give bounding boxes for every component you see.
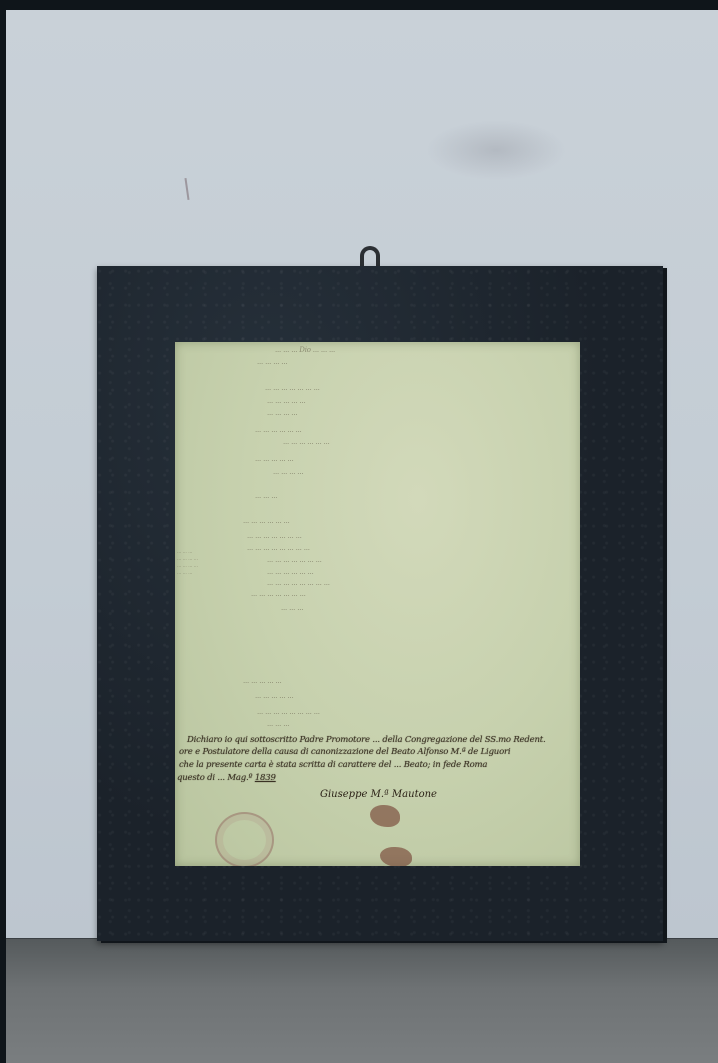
manuscript-line: ... ... ... ... ... (267, 397, 305, 405)
attestation-line-1: Dichiaro io qui sottoscritto Padre Promo… (187, 735, 545, 745)
manuscript-line: ... ... ... ... (257, 358, 287, 366)
manuscript-line: ... ... ... (255, 492, 277, 500)
attestation-date: questo di ... Mag.º 1839 (177, 773, 276, 783)
manuscript-line: ... ... ... ... (267, 409, 297, 417)
manuscript-line: ... ... ... (281, 604, 303, 612)
manuscript-line: ... ... ... ... ... ... ... (267, 556, 322, 564)
manuscript-line: ... ... ... ... ... (243, 677, 281, 685)
attestation-year: 1839 (255, 773, 276, 783)
wall-mark (184, 178, 189, 200)
floor-surface (6, 938, 718, 1063)
manuscript-line: ... ... ... ... ... ... ... (265, 384, 320, 392)
manuscript-line: ... ... ... ... ... ... ... ... (267, 579, 330, 587)
wax-seal-stamp (215, 812, 274, 866)
margin-note: ... ... ... ... ... ... ... ... ... ... … (177, 549, 249, 577)
manuscript-line: ... ... ... ... ... ... (283, 438, 330, 446)
manuscript-line: ... ... ... ... ... ... (255, 426, 302, 434)
ink-stain (380, 847, 412, 866)
manuscript-line: ... ... ... ... ... ... (267, 568, 314, 576)
manuscript-line: ... ... ... ... ... ... ... (251, 590, 306, 598)
ink-stain (370, 805, 400, 827)
margin-note-line: ... ... ... ... (177, 556, 249, 563)
attestation-line-2: ore e Postulatore della causa di canoniz… (179, 747, 510, 757)
attestation-date-prefix: questo di ... Mag.º (177, 773, 252, 783)
signature: Giuseppe M.ª Mautone (320, 789, 437, 800)
manuscript-line: ... ... ... ... ... ... ... (247, 532, 302, 540)
manuscript-line: ... ... ... Dio ... ... ... (275, 346, 335, 354)
manuscript-line: ... ... ... ... ... (255, 455, 293, 463)
manuscript-document: ... ... ... Dio ... ... ... ... ... ... … (175, 342, 580, 866)
margin-note-line: ... ... ... ... (177, 563, 249, 570)
margin-note-line: ... ... ... (177, 549, 249, 556)
manuscript-line: ... ... ... ... ... ... ... ... (247, 544, 310, 552)
attestation-line-3: che la presente carta è stata scritta di… (179, 760, 487, 770)
manuscript-line: ... ... ... ... ... (255, 692, 293, 700)
manuscript-line: ... ... ... ... ... ... ... ... (257, 708, 320, 716)
manuscript-line: ... ... ... ... ... ... (243, 517, 290, 525)
manuscript-line: ... ... ... (267, 720, 289, 728)
margin-note-line: ... ... ... (177, 570, 249, 577)
manuscript-line: ... ... ... ... (273, 468, 303, 476)
wall-smudge (426, 120, 566, 180)
